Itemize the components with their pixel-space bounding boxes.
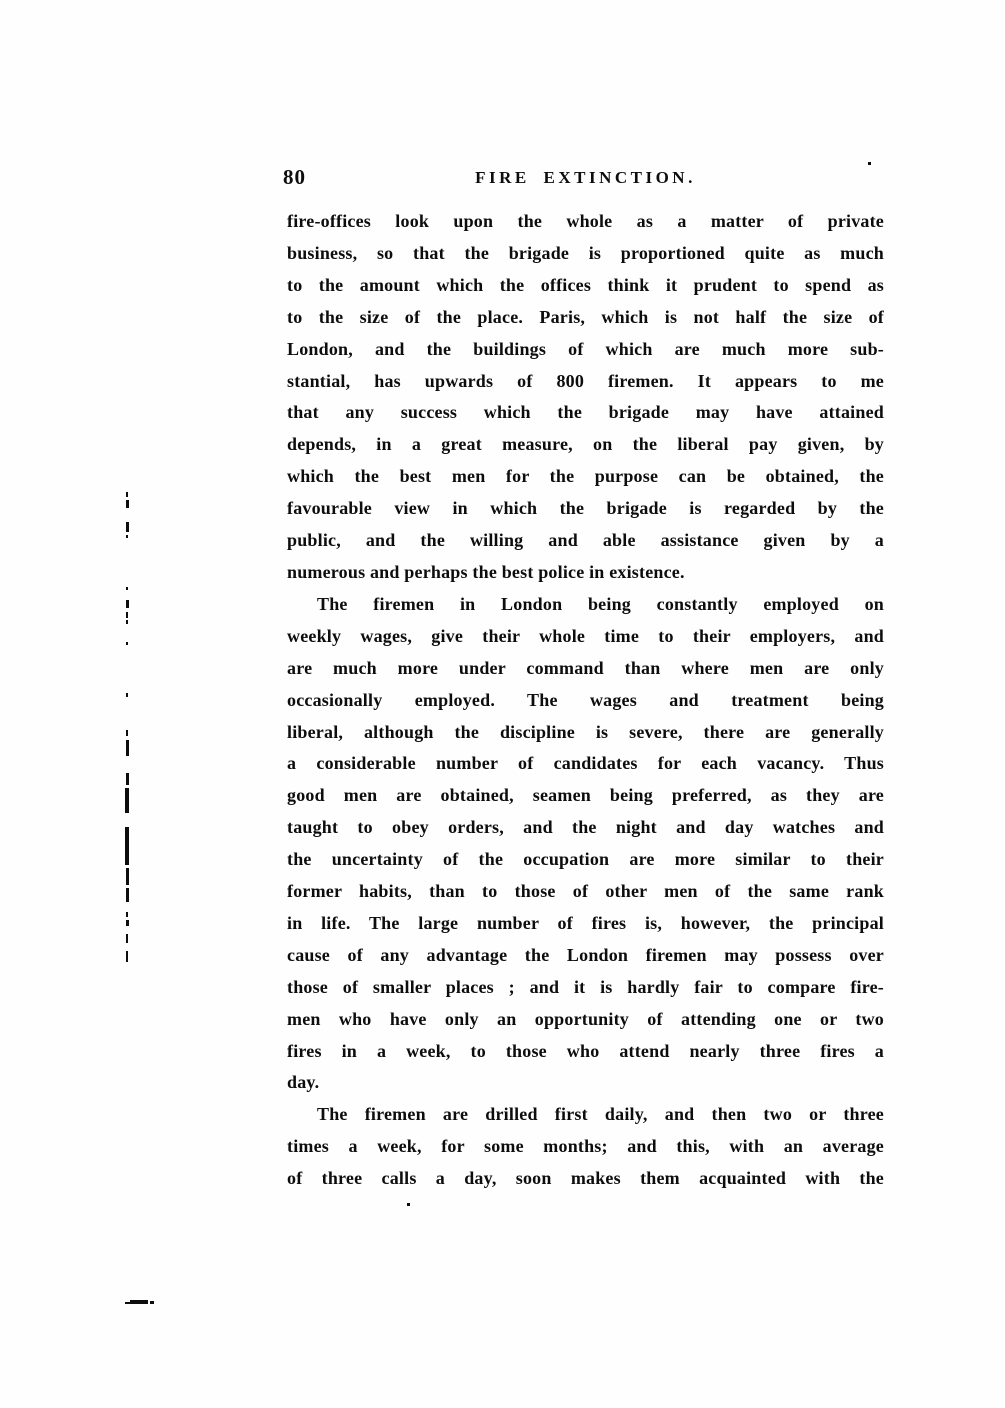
scan-artifact	[125, 788, 129, 813]
text-line: men who have only an opportunity of atte…	[287, 1004, 884, 1036]
text-line: that any success which the brigade may h…	[287, 397, 884, 429]
scan-artifact	[126, 868, 129, 885]
text-line: numerous and perhaps the best police in …	[287, 557, 884, 589]
scan-artifact	[126, 500, 129, 508]
text-line: taught to obey orders, and the night and…	[287, 812, 884, 844]
text-line: to the size of the place. Paris, which i…	[287, 302, 884, 334]
text-line: are much more under command than where m…	[287, 653, 884, 685]
scan-artifact	[126, 951, 128, 962]
text-line: The firemen in London being constantly e…	[287, 589, 884, 621]
text-line: cause of any advantage the London fireme…	[287, 940, 884, 972]
scan-artifact	[126, 522, 129, 532]
scan-artifact	[126, 693, 128, 697]
text-line: The firemen are drilled first daily, and…	[287, 1099, 884, 1131]
book-page-scan: 80 FIRE EXTINCTION. fire-offices look up…	[0, 0, 1005, 1408]
scan-artifact	[126, 535, 128, 538]
text-line: good men are obtained, seamen being pref…	[287, 780, 884, 812]
text-line: depends, in a great measure, on the libe…	[287, 429, 884, 461]
scan-artifact	[150, 1301, 154, 1304]
scan-artifact	[130, 1300, 148, 1304]
scan-artifact	[126, 620, 128, 624]
text-line: the uncertainty of the occupation are mo…	[287, 844, 884, 876]
scan-artifact	[126, 600, 129, 608]
text-line: favourable view in which the brigade is …	[287, 493, 884, 525]
scan-artifact	[126, 888, 129, 902]
scan-artifact	[125, 827, 129, 865]
scan-artifact	[126, 587, 128, 590]
text-line: stantial, has upwards of 800 firemen. It…	[287, 366, 884, 398]
text-line: fires in a week, to those who attend nea…	[287, 1036, 884, 1068]
scan-artifact	[407, 1203, 410, 1206]
text-line: weekly wages, give their whole time to t…	[287, 621, 884, 653]
text-line: in life. The large number of fires is, h…	[287, 908, 884, 940]
text-line: of three calls a day, soon makes them ac…	[287, 1163, 884, 1195]
scan-artifact	[126, 492, 128, 497]
text-line: those of smaller places ; and it is hard…	[287, 972, 884, 1004]
scan-artifact	[868, 162, 871, 165]
scan-artifact	[126, 934, 128, 943]
text-line: fire-offices look upon the whole as a ma…	[287, 206, 884, 238]
text-line: former habits, than to those of other me…	[287, 876, 884, 908]
scan-artifact	[126, 912, 128, 917]
scan-artifact	[126, 642, 128, 645]
text-line: liberal, although the discipline is seve…	[287, 717, 884, 749]
scan-artifact	[126, 920, 129, 926]
text-line: public, and the willing and able assista…	[287, 525, 884, 557]
page-body-text: fire-offices look upon the whole as a ma…	[287, 206, 884, 1195]
scan-artifact	[126, 730, 128, 736]
text-line: which the best men for the purpose can b…	[287, 461, 884, 493]
running-header-title: FIRE EXTINCTION.	[287, 168, 884, 188]
text-line: to the amount which the offices think it…	[287, 270, 884, 302]
scan-artifact	[126, 740, 129, 756]
scan-artifact	[126, 773, 129, 785]
running-header: 80 FIRE EXTINCTION.	[287, 165, 884, 191]
text-line: a considerable number of candidates for …	[287, 748, 884, 780]
text-line: day.	[287, 1067, 884, 1099]
text-line: occasionally employed. The wages and tre…	[287, 685, 884, 717]
scan-artifact	[126, 612, 128, 618]
text-line: business, so that the brigade is proport…	[287, 238, 884, 270]
text-line: times a week, for some months; and this,…	[287, 1131, 884, 1163]
text-line: London, and the buildings of which are m…	[287, 334, 884, 366]
